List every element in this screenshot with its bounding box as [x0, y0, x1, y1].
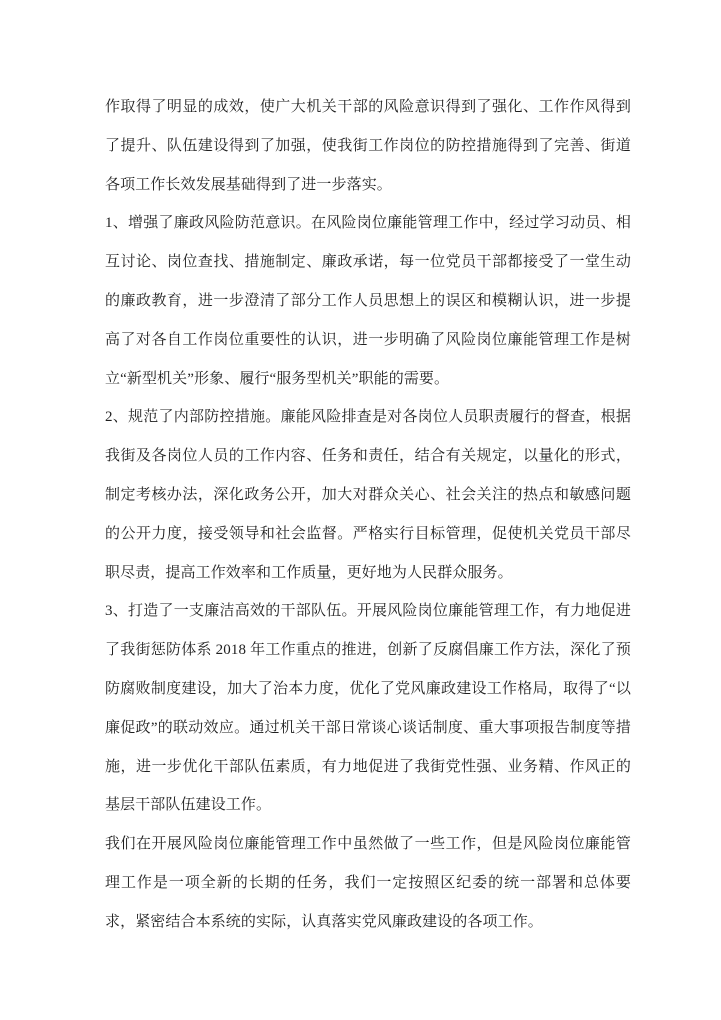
document-page: 作取得了明显的成效，使广大机关干部的风险意识得到了强化、工作作风得到了提升、队伍… — [0, 0, 721, 1020]
paragraph-continuation: 作取得了明显的成效，使广大机关干部的风险意识得到了强化、工作作风得到了提升、队伍… — [105, 88, 631, 204]
paragraph-point-3: 3、打造了一支廉洁高效的干部队伍。开展风险岗位廉能管理工作，有力地促进了我街惩防… — [105, 592, 631, 825]
paragraph-closing: 我们在开展风险岗位廉能管理工作中虽然做了一些工作，但是风险岗位廉能管理工作是一项… — [105, 825, 631, 941]
paragraph-point-2: 2、规范了内部防控措施。廉能风险排查是对各岗位人员职责履行的督查，根据我街及各岗… — [105, 398, 631, 592]
paragraph-point-1: 1、增强了廉政风险防范意识。在风险岗位廉能管理工作中，经过学习动员、相互讨论、岗… — [105, 204, 631, 398]
document-text-block: 作取得了明显的成效，使广大机关干部的风险意识得到了强化、工作作风得到了提升、队伍… — [105, 88, 631, 942]
